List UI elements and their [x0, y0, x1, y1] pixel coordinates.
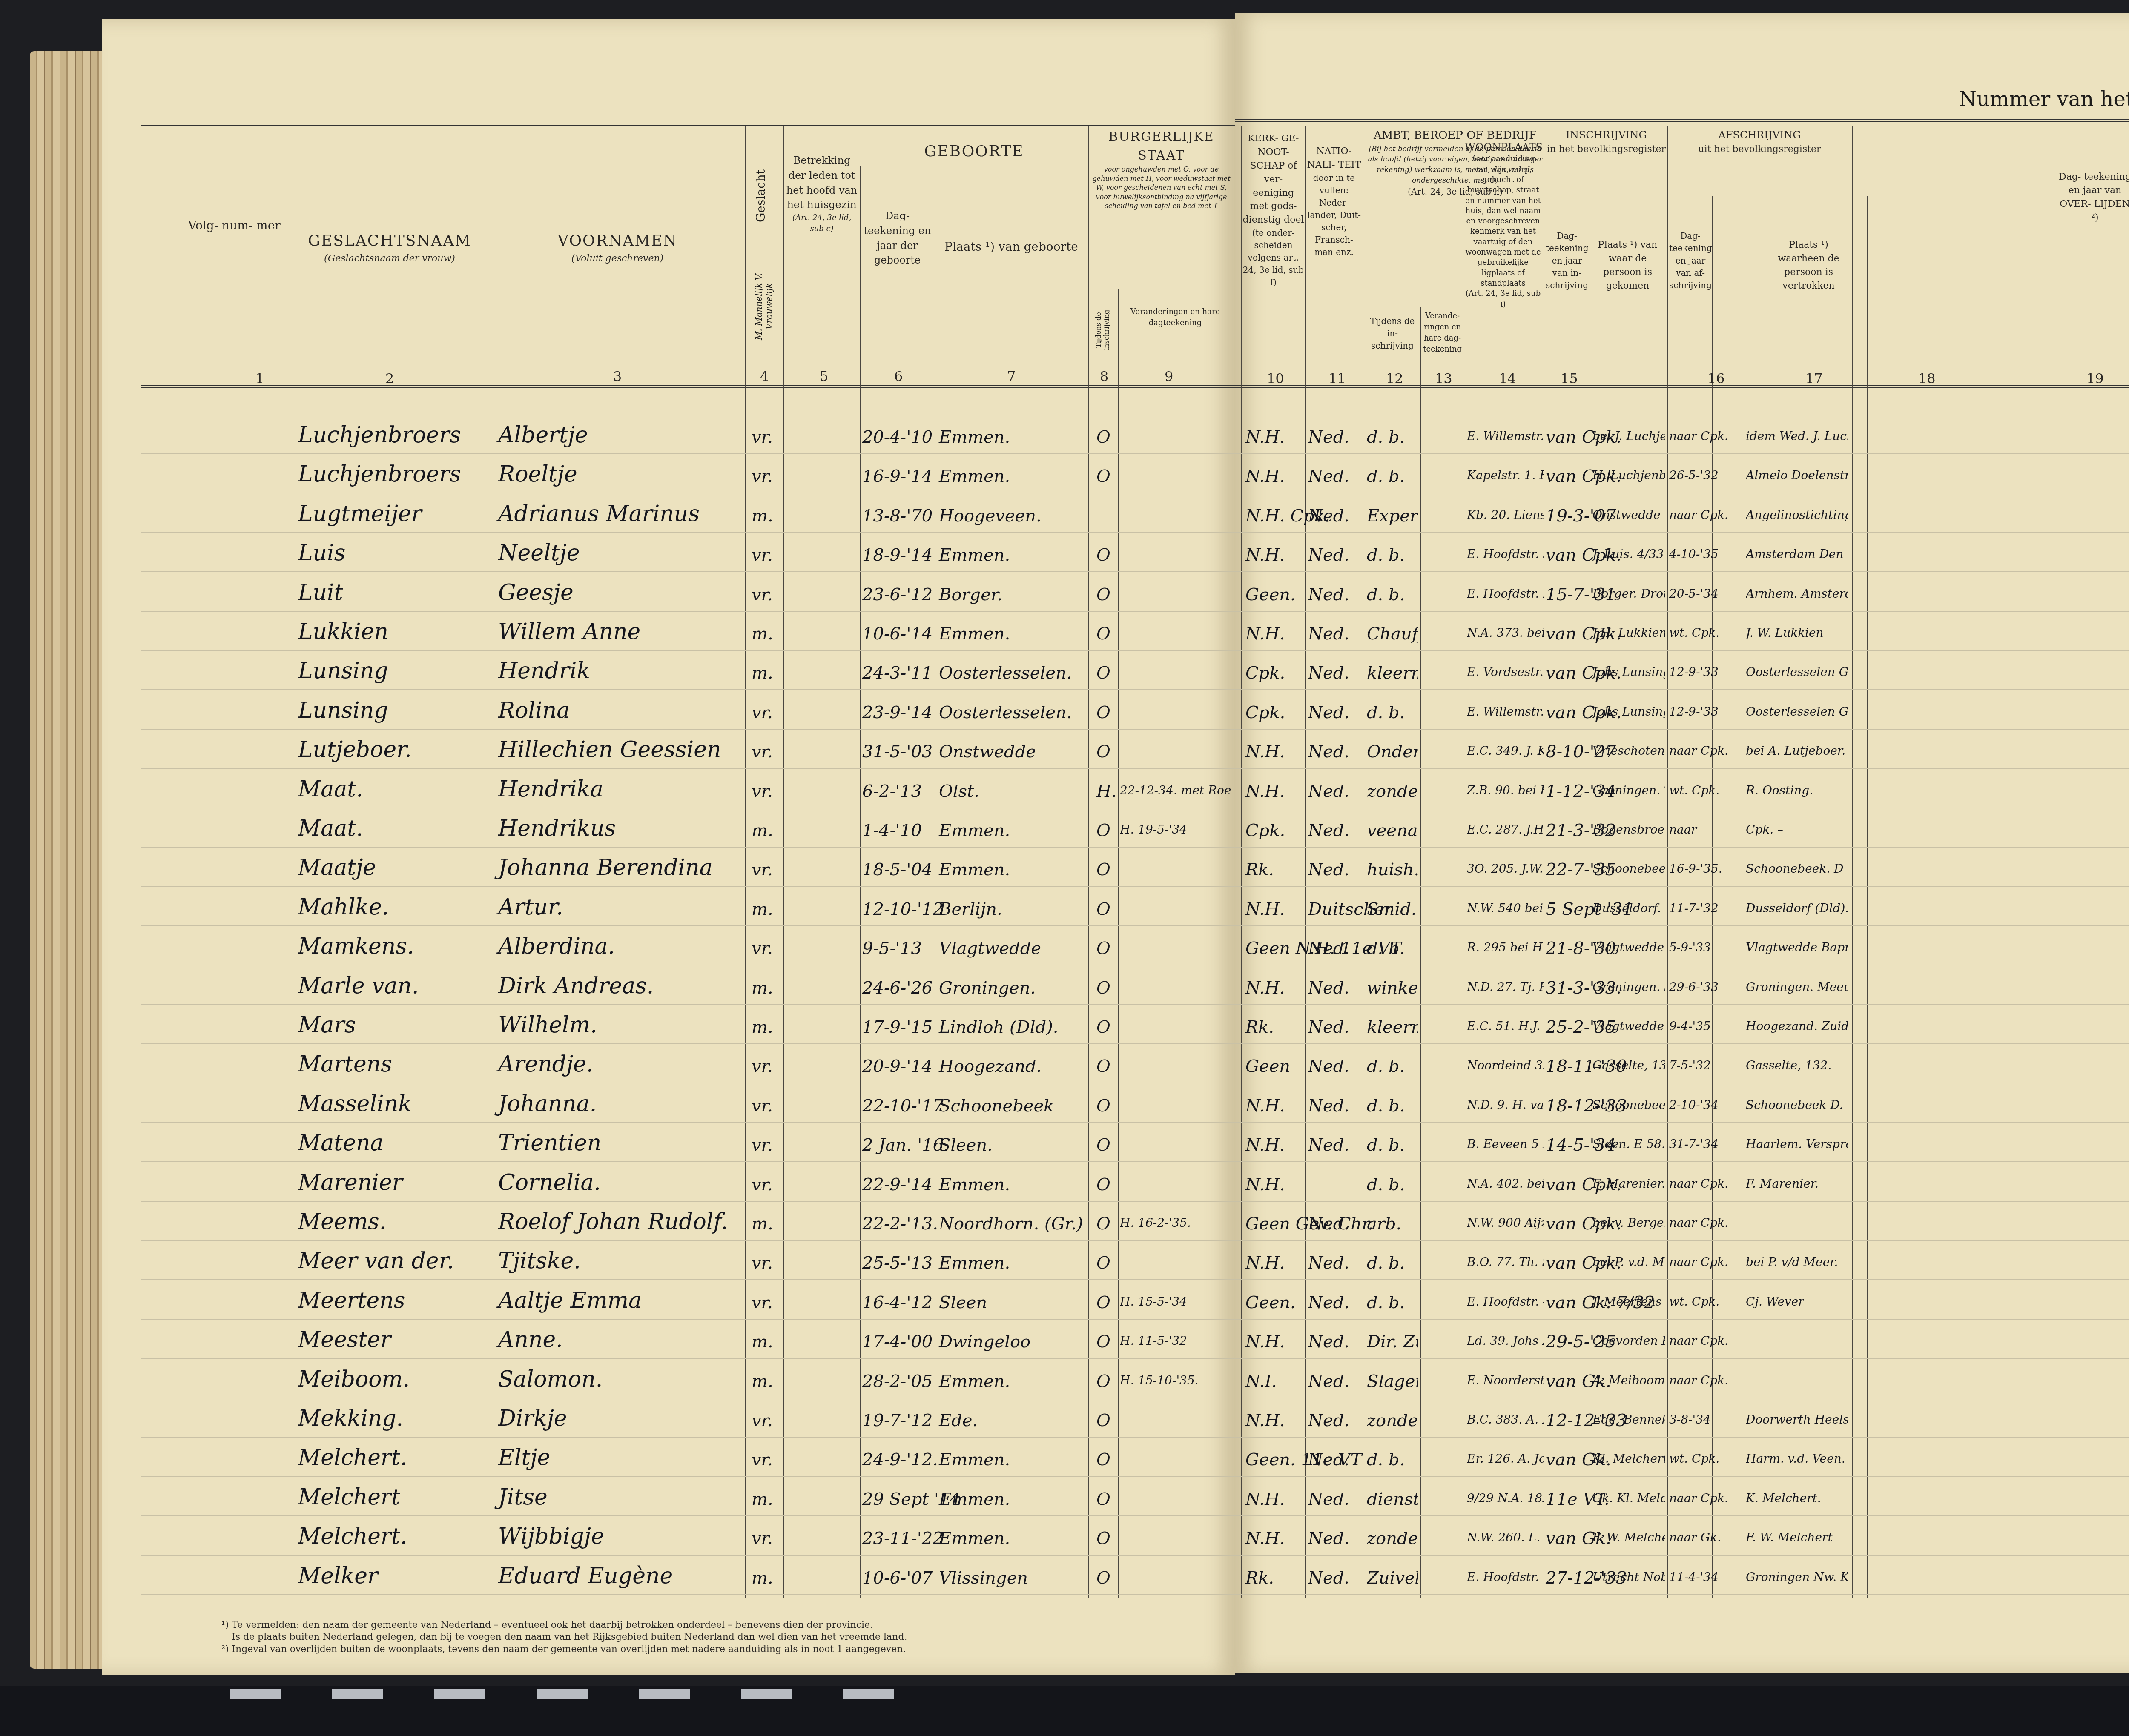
scale-block — [843, 1689, 894, 1699]
page-stack-edge — [30, 51, 106, 1669]
scan-scale-bar — [0, 1686, 2129, 1736]
header-nationaliteit-sub: door in te vullen: Neder- lander, Duit- … — [1306, 172, 1362, 258]
destination-place-cell: Schoonebeek D. 77. — [1746, 1098, 1848, 1112]
sex-cell: vr. — [752, 1135, 773, 1155]
deregistration-date-cell: naar Cpk. — [1669, 1373, 1728, 1387]
origin-place-cell: Johs Lunsing Willemstr. 79. (12/32). — [1592, 705, 1665, 719]
residence-cell: E. Hoofdstr. 44. J.A. Reven (9/33) 29. J… — [1467, 1295, 1544, 1309]
birth-date-cell: 23-9-'14 — [862, 703, 933, 722]
residence-cell: Kapelstr. 1. H. Bouma / Lim. J. Eding — [1467, 468, 1544, 482]
birth-date-cell: 23-6-'12 — [862, 585, 933, 604]
header-betrekking-title: Betrekking der leden tot het hoofd van h… — [786, 153, 858, 212]
sex-cell: m. — [752, 1017, 773, 1037]
birth-date-cell: 9-5-'13 — [862, 939, 922, 958]
residence-cell: N.D. 9. H. van Gelder. — [1467, 1098, 1544, 1112]
header-geboorte-datum: Dag- teekening en jaar der geboorte — [862, 209, 933, 268]
header-kerkgenootschap: KERK- GE- NOOT- SCHAP of ver- eeniging m… — [1242, 132, 1304, 289]
nationality-cell: Ned. — [1308, 1568, 1349, 1588]
nationality-cell: Ned. — [1308, 1057, 1349, 1076]
residence-cell: B.C. 383. A. Maat. — [1467, 1412, 1544, 1427]
column-number: 2 — [385, 370, 394, 387]
footnote-1-cont: Is de plaats buiten Nederland gelegen, d… — [221, 1632, 907, 1642]
sex-cell: m. — [752, 1490, 773, 1509]
header-geslachtsnaam-sub: (Geslachtsnaam der vrouw) — [294, 252, 485, 266]
church-cell: N.H. — [1245, 1332, 1285, 1352]
destination-place-cell: R. Oosting. — [1746, 783, 1813, 797]
surname-cell: Meer van der. — [298, 1248, 454, 1274]
row-rule — [141, 1594, 2129, 1595]
given-names-cell: Cornelia. — [498, 1170, 601, 1195]
church-cell: N.H. — [1245, 1490, 1285, 1509]
occupation-cell: Dir. Zuivelfabr. — [1367, 1332, 1418, 1352]
header-nationaliteit: NATIO- NALI- TEIT door in te vullen: Ned… — [1306, 145, 1362, 258]
sex-cell: m. — [752, 1214, 773, 1234]
birth-place-cell: Emmen. — [939, 1253, 1010, 1273]
origin-place-cell: Utrecht Nobelstr. 7bis — [1592, 1570, 1665, 1584]
deregistration-date-cell: wt. Cpk. — [1669, 1295, 1719, 1309]
surname-cell: Meertens — [298, 1288, 405, 1313]
destination-place-cell: Schoonebeek. D 103. — [1746, 862, 1848, 876]
origin-place-cell: Borger. Drouwenerveen 77. — [1592, 587, 1665, 601]
col-divider — [1544, 126, 1544, 1598]
col-divider — [2057, 126, 2057, 1598]
residence-cell: Ld. 39. Johs Zwiers 37 P. Mandema Juli 1… — [1467, 1334, 1544, 1348]
row-rule — [141, 1004, 2129, 1005]
given-names-cell: Hendrikus — [498, 816, 616, 841]
nationality-cell: Ned. — [1308, 427, 1349, 447]
destination-place-cell: Oosterlesselen Ges. Ha Ouders. — [1746, 705, 1848, 719]
origin-place-cell: H. Luchjenbroers 11e N.T. Achterstr. 7. — [1592, 468, 1665, 482]
civil-status-cell: O — [1096, 742, 1110, 762]
row-rule — [141, 1437, 2129, 1438]
occupation-cell: d. b. — [1367, 939, 1405, 958]
header-voornamen: VOORNAMEN (Voluit geschreven) — [490, 230, 745, 266]
surname-cell: Melker — [298, 1563, 378, 1589]
column-number: 10 — [1267, 370, 1284, 387]
surname-cell: Mahlke. — [298, 894, 389, 920]
civil-status-change-cell: H. 16-2-'35. — [1120, 1216, 1191, 1230]
birth-place-cell: Emmen. — [939, 1175, 1010, 1195]
birth-place-cell: Ede. — [939, 1411, 978, 1430]
header-betrekking-sub: (Art. 24, 3e lid, sub c) — [786, 212, 858, 235]
column-number: 8 — [1100, 368, 1108, 384]
destination-place-cell: Angelinostichting — [1746, 508, 1848, 522]
header-kerkgenootschap-sub: (te onder- scheiden volgens art. 24, 3e … — [1242, 227, 1304, 289]
destination-place-cell: J. W. Lukkien — [1746, 626, 1824, 640]
nationality-cell: Ned. — [1308, 1372, 1349, 1391]
nationality-cell: Ned. — [1308, 506, 1349, 526]
given-names-cell: Rolina — [498, 698, 570, 723]
deregistration-date-cell: naar Cpk. — [1669, 1177, 1728, 1191]
column-number: 5 — [820, 368, 828, 384]
residence-cell: N.D. 27. Tj. Homans. — [1467, 980, 1544, 994]
deregistration-date-cell: naar Cpk. — [1669, 1334, 1728, 1348]
church-cell: N.I. — [1245, 1372, 1277, 1391]
nationality-cell: Ned. — [1308, 703, 1349, 722]
occupation-cell: d. b. — [1367, 427, 1405, 447]
header-burgerlijke-staat-title: BURGERLIJKE STAAT — [1090, 128, 1233, 165]
sheet-number-label: Nummer van het blad — [1959, 87, 2129, 111]
nationality-cell: Ned. — [1308, 1135, 1349, 1155]
birth-place-cell: Sleen. — [939, 1135, 993, 1155]
deregistration-date-cell: naar — [1669, 822, 1697, 836]
origin-place-cell: Kl. Melchert 7/28. BE 94. — [1592, 1452, 1665, 1466]
sex-cell: vr. — [752, 1253, 773, 1273]
given-names-cell: Johanna Berendina — [498, 855, 713, 880]
sex-cell: vr. — [752, 1096, 773, 1116]
footnote-1: ¹) Te vermelden: den naam der gemeente v… — [221, 1620, 873, 1630]
deregistration-date-cell: 5-9-'33 — [1669, 940, 1711, 954]
origin-place-cell: Schoonebeek D. 77. — [1592, 1098, 1665, 1112]
occupation-cell: veenarb. — [1367, 821, 1418, 840]
civil-status-cell: O — [1096, 545, 1110, 565]
residence-cell: 9/29 N.A. 182. R. Kraam. 9/31 313 M. Bos… — [1467, 1491, 1544, 1505]
church-cell: Cpk. — [1245, 663, 1285, 683]
nationality-cell: Ned. — [1308, 1411, 1349, 1430]
column-number: 6 — [894, 368, 903, 384]
given-names-cell: Johanna. — [498, 1091, 597, 1117]
civil-status-cell: O — [1096, 1293, 1110, 1312]
nationality-cell: Ned. — [1308, 467, 1349, 486]
occupation-cell: d. b. — [1367, 585, 1405, 604]
column-number: 16 — [1707, 370, 1725, 387]
surname-cell: Maatje — [298, 855, 376, 880]
surname-cell: Matena — [298, 1130, 383, 1156]
deregistration-date-cell: wt. Cpk. — [1669, 626, 1719, 640]
civil-status-cell: O — [1096, 1568, 1110, 1588]
birth-place-cell: Emmen. — [939, 624, 1010, 644]
residence-cell: E. Willemstr. 5 bei H. Jolsing — [1467, 705, 1544, 719]
surname-cell: Luit — [298, 580, 343, 605]
civil-status-cell: O — [1096, 703, 1110, 722]
residence-cell: E. Willemstr. 66 C.H. Luis — [1467, 429, 1544, 443]
deregistration-date-cell: 9-4-'35 — [1669, 1019, 1711, 1033]
occupation-cell: d. b. — [1367, 1096, 1405, 1116]
origin-place-cell: Ede, Bennekom Laan Ouderbeek 14 — [1592, 1412, 1665, 1427]
column-number: 9 — [1165, 368, 1173, 384]
occupation-cell: d. b. — [1367, 1057, 1405, 1076]
church-cell: Geen. — [1245, 585, 1296, 604]
column-number: 15 — [1561, 370, 1578, 387]
church-cell: N.H. — [1245, 545, 1285, 565]
deregistration-date-cell: naar Cpk. — [1669, 429, 1728, 443]
surname-cell: Mekking. — [298, 1406, 403, 1431]
origin-place-cell: A. Meiboom. 8/35. — [1592, 1373, 1665, 1387]
header-woonplaats-title: WOONPLAATS — [1465, 140, 1541, 154]
civil-status-cell: O — [1096, 624, 1110, 644]
row-rule — [141, 1476, 2129, 1477]
residence-cell: E. Hoofdstr. 22 J.H. Bengeling — [1467, 587, 1544, 601]
birth-place-cell: Olst. — [939, 782, 979, 801]
sex-cell: m. — [752, 900, 773, 919]
column-number: 14 — [1499, 370, 1516, 387]
col-divider — [1852, 126, 1853, 1598]
civil-status-cell: O — [1096, 1214, 1110, 1234]
birth-date-cell: 22-10-'17 — [862, 1096, 944, 1116]
birth-place-cell: Oosterlesselen. — [939, 663, 1072, 683]
given-names-cell: Dirkje — [498, 1406, 567, 1431]
destination-place-cell: bei P. v/d Meer. — [1746, 1255, 1838, 1269]
birth-date-cell: 17-4-'00 — [862, 1332, 933, 1352]
origin-place-cell: bei v. Bergen Lukken 7/32. N.W. 811. — [1592, 1216, 1665, 1230]
origin-place-cell: Coevorden Kasteel 23 — [1592, 1334, 1665, 1348]
deregistration-date-cell: 7-5-'32 — [1669, 1058, 1711, 1072]
surname-cell: Lunsing — [298, 698, 388, 723]
church-cell: N.H. — [1245, 1096, 1285, 1116]
destination-place-cell: K. Melchert. — [1746, 1491, 1821, 1505]
birth-place-cell: Berlijn. — [939, 900, 1002, 919]
civil-status-cell: O — [1096, 1332, 1110, 1352]
row-rule — [141, 1279, 2129, 1280]
birth-date-cell: 2 Jan. '16. — [862, 1135, 949, 1155]
header-veranderingen: Veranderingen en hare dagteekening — [1120, 307, 1231, 329]
residence-cell: N.W. 540 bei J.B. Kruit. — [1467, 901, 1544, 915]
civil-status-cell: O — [1096, 1411, 1110, 1430]
nationality-cell: Ned. — [1308, 978, 1349, 998]
given-names-cell: Hendrik — [498, 658, 590, 684]
birth-place-cell: Vlissingen — [939, 1568, 1028, 1588]
civil-status-cell: O — [1096, 939, 1110, 958]
surname-cell: Lukkien — [298, 619, 388, 645]
occupation-cell: Onderw.es — [1367, 742, 1418, 762]
row-rule — [141, 1240, 2129, 1241]
col-divider — [860, 166, 861, 1598]
origin-place-cell: Vlagtwedde. Meeweg G 114. — [1592, 940, 1665, 954]
birth-place-cell: Emmen. — [939, 1450, 1010, 1470]
col-divider — [1305, 126, 1306, 1598]
church-cell: N.H. — [1245, 1175, 1285, 1195]
sex-cell: m. — [752, 1332, 773, 1352]
birth-date-cell: 19-7-'12 — [862, 1411, 933, 1430]
surname-cell: Melchert — [298, 1484, 400, 1510]
surname-cell: Meems. — [298, 1209, 386, 1235]
header-inschrijving: INSCHRIJVING in het bevolkingsregister — [1546, 128, 1667, 156]
residence-cell: E.C. 51. H.J. Rademaker — [1467, 1019, 1544, 1033]
occupation-cell: Expert Schoenmaker (O). — [1367, 506, 1418, 526]
col-divider — [1363, 126, 1363, 1598]
civil-status-change-cell: H. 11-5-'32 — [1120, 1334, 1187, 1348]
row-rule — [141, 493, 2129, 493]
birth-place-cell: Emmen. — [939, 821, 1010, 840]
birth-date-cell: 18-9-'14 — [862, 545, 933, 565]
col-divider — [1867, 196, 1868, 1598]
destination-place-cell: Oosterlesselen Ges. Ha Ouders. — [1746, 665, 1848, 679]
civil-status-cell: O — [1096, 1057, 1110, 1076]
header-afschrijving-sub: uit het bevolkingsregister — [1669, 143, 1850, 156]
church-cell: Rk. — [1245, 860, 1274, 879]
birth-date-cell: 13-8-'70 — [862, 506, 933, 526]
birth-place-cell: Emmen. — [939, 860, 1010, 879]
origin-place-cell: Onstwedde — [1592, 508, 1661, 522]
civil-status-cell: O — [1096, 821, 1110, 840]
nationality-cell: Ned. — [1308, 1096, 1349, 1116]
church-cell: N.H. — [1245, 427, 1285, 447]
church-cell: N.H. — [1245, 742, 1285, 762]
column-number: 7 — [1007, 368, 1016, 384]
given-names-cell: Dirk Andreas. — [498, 973, 654, 999]
given-names-cell: Arendje. — [498, 1051, 593, 1077]
header-inschrijving-sub: in het bevolkingsregister — [1546, 143, 1667, 156]
deregistration-date-cell: naar Cpk. — [1669, 1491, 1728, 1505]
destination-place-cell: Gasselte, 132. — [1746, 1058, 1831, 1072]
open-register-book: Nummer van het blad Volg- num- mer GESLA… — [0, 0, 2129, 1736]
deregistration-date-cell: naar Cpk. — [1669, 1255, 1728, 1269]
birth-date-cell: 1-4-'10 — [862, 821, 922, 840]
header-overlijden: Dag- teekening en jaar van OVER- LIJDEN … — [2059, 170, 2129, 225]
occupation-cell: arb. — [1367, 1214, 1401, 1234]
row-rule — [141, 1358, 2129, 1359]
origin-place-cell: Gasselte, 132. — [1592, 1058, 1665, 1072]
birth-date-cell: 6-2-'13 — [862, 782, 922, 801]
sex-cell: m. — [752, 821, 773, 840]
birth-date-cell: 20-4-'10 — [862, 427, 933, 447]
row-rule — [141, 1398, 2129, 1398]
residence-cell: Kb. 20. Liens Gerard 23. Juli 1928 70. — [1467, 508, 1544, 522]
civil-status-change-cell: H. 15-5-'34 — [1120, 1295, 1187, 1309]
sex-cell: m. — [752, 624, 773, 644]
birth-date-cell: 10-6-'14 — [862, 624, 933, 644]
column-number: 1 — [255, 370, 264, 387]
nationality-cell: Ned. — [1308, 1490, 1349, 1509]
residence-cell: N.A. 373. bei Jan Veen — [1467, 626, 1544, 640]
residence-cell: E.C. 287. J.H. Liebum. — [1467, 822, 1544, 836]
nationality-cell: Ned. — [1308, 624, 1349, 644]
deregistration-date-cell: 29-6-'33 — [1669, 980, 1719, 994]
occupation-cell: kleermaker. — [1367, 1017, 1418, 1037]
nationality-cell: Ned. — [1308, 860, 1349, 879]
church-cell: N.H. — [1245, 467, 1285, 486]
row-rule — [141, 1515, 2129, 1516]
residence-cell: N.W. 900 Aijzo Akker. — [1467, 1216, 1544, 1230]
destination-place-cell: Haarlem. Verspronkweg 119. — [1746, 1137, 1848, 1151]
civil-status-cell: O — [1096, 427, 1110, 447]
birth-place-cell: Lindloh (Dld). — [939, 1017, 1058, 1037]
header-geboorte: GEBOORTE — [862, 140, 1086, 163]
header-afschrijving-title: AFSCHRIJVING — [1669, 128, 1850, 143]
birth-place-cell: Oosterlesselen. — [939, 703, 1072, 722]
surname-cell: Martens — [298, 1051, 392, 1077]
given-names-cell: Hendrika — [498, 776, 603, 802]
nationality-cell: Ned. — [1308, 742, 1349, 762]
row-rule — [141, 689, 2129, 690]
church-cell: N.H. — [1245, 1135, 1285, 1155]
col-divider — [1463, 126, 1463, 1598]
nationality-cell: Ned. — [1308, 1214, 1349, 1234]
given-names-cell: Adrianus Marinus — [498, 501, 700, 527]
occupation-cell: zonder. — [1367, 782, 1418, 801]
occupation-cell: dienstkn. — [1367, 1490, 1418, 1509]
surname-cell: Melchert. — [298, 1524, 407, 1549]
church-cell: N.H. — [1245, 1529, 1285, 1548]
occupation-cell: d. b. — [1367, 703, 1405, 722]
destination-place-cell: F. W. Melchert — [1746, 1530, 1833, 1544]
surname-cell: Luchjenbroers — [298, 422, 461, 448]
given-names-cell: Neeltje — [498, 540, 580, 566]
header-woonplaats-sub: (Art. 24, 3e lid, sub i) — [1465, 289, 1541, 309]
residence-cell: B. Eeveen 5 F.R. Meijering — [1467, 1137, 1544, 1151]
header-geslachtsnaam: GESLACHTSNAAM (Geslachtsnaam der vrouw) — [294, 230, 485, 266]
civil-status-cell: O — [1096, 1529, 1110, 1548]
deregistration-date-cell: 12-9-'33 — [1669, 665, 1719, 679]
surname-cell: Marenier — [298, 1170, 403, 1195]
surname-cell: Luchjenbroers — [298, 461, 461, 487]
given-names-cell: Anne. — [498, 1327, 563, 1352]
occupation-cell: d. b. — [1367, 1450, 1405, 1470]
deregistration-date-cell: 26-5-'32 — [1669, 468, 1719, 482]
header-voornamen-sub: (Voluit geschreven) — [490, 252, 745, 266]
civil-status-cell: O — [1096, 1135, 1110, 1155]
church-cell: Cpk. — [1245, 821, 1285, 840]
residence-cell: R. 295 bei H. Boelken — [1467, 940, 1544, 954]
birth-place-cell: Schoonebeek — [939, 1096, 1054, 1116]
scale-block — [741, 1689, 792, 1699]
residence-cell: N.W. 260. L. Lubbers — [1467, 1530, 1544, 1544]
origin-place-cell: J. Meertens E. Schimmerweg 4. — [1592, 1295, 1665, 1309]
header-bottom-rule — [141, 385, 1235, 388]
surname-cell: Mars — [298, 1012, 356, 1038]
destination-place-cell: idem Wed. J. Luchjenbroers — [1746, 429, 1848, 443]
header-inschrijving-title: INSCHRIJVING — [1546, 128, 1667, 143]
header-veranderingen-beroep: Verande- ringen en hare dag- teekening — [1422, 311, 1463, 355]
given-names-cell: Alberdina. — [498, 934, 615, 959]
birth-place-cell: Borger. — [939, 585, 1002, 604]
sex-cell: vr. — [752, 467, 773, 486]
birth-date-cell: 24-9-'12. — [862, 1450, 938, 1470]
header-top-rule — [141, 123, 1235, 126]
row-rule — [141, 1555, 2129, 1556]
given-names-cell: Roeltje — [498, 461, 577, 487]
header-voornamen-title: VOORNAMEN — [490, 230, 745, 252]
col-divider — [935, 166, 935, 1598]
nationality-cell: Ned. — [1308, 782, 1349, 801]
header-betrekking: Betrekking der leden tot het hoofd van h… — [786, 153, 858, 235]
occupation-cell: zonder. — [1367, 1411, 1418, 1430]
sex-cell: vr. — [752, 939, 773, 958]
civil-status-cell: O — [1096, 860, 1110, 879]
birth-place-cell: Vlagtwedde — [939, 939, 1041, 958]
residence-cell: N.A. 402. bei Gp. Schrage — [1467, 1177, 1544, 1191]
civil-status-change-cell: 22-12-34. met Roelof Oosting — [1120, 783, 1231, 797]
sex-cell: vr. — [752, 585, 773, 604]
surname-cell: Maat. — [298, 816, 363, 841]
surname-cell: Marle van. — [298, 973, 419, 999]
given-names-cell: Wilhelm. — [498, 1012, 597, 1038]
col-divider — [783, 126, 784, 1598]
destination-place-cell: Groningen Nw. Kijk in 't Jatstr. 19 — [1746, 1570, 1848, 1584]
surname-cell: Luis — [298, 540, 345, 566]
destination-place-cell: Amsterdam Den Texstr. 13 boven bij Abrah… — [1746, 547, 1848, 561]
residence-cell: E. Noorderstr. 10. A. Timmer — [1467, 1373, 1544, 1387]
origin-place-cell: bei J. Luchjenbroers 3/32 Achterstr. 3. — [1592, 429, 1665, 443]
occupation-cell: huish. ster — [1367, 860, 1418, 879]
birth-date-cell: 22-9-'14 — [862, 1175, 933, 1195]
destination-place-cell: Cj. Wever — [1746, 1295, 1804, 1309]
surname-cell: Meester — [298, 1327, 391, 1352]
sex-cell: vr. — [752, 1411, 773, 1430]
given-names-cell: Wijbbigje — [498, 1524, 604, 1549]
scale-block — [537, 1689, 588, 1699]
birth-date-cell: 25-5-'13 — [862, 1253, 933, 1273]
origin-place-cell: Johs Lunsing 12/32 Willemstr. 79. — [1592, 665, 1665, 679]
civil-status-cell: O — [1096, 978, 1110, 998]
church-cell: Geen. — [1245, 1293, 1296, 1312]
occupation-cell: Smid. — [1367, 900, 1416, 919]
sex-cell: vr. — [752, 742, 773, 762]
header-afschrijving: AFSCHRIJVING uit het bevolkingsregister — [1669, 128, 1850, 156]
birth-place-cell: Onstwedde — [939, 742, 1036, 762]
row-rule — [141, 532, 2129, 533]
destination-place-cell: bei A. Lutjeboer. — [1746, 744, 1845, 758]
